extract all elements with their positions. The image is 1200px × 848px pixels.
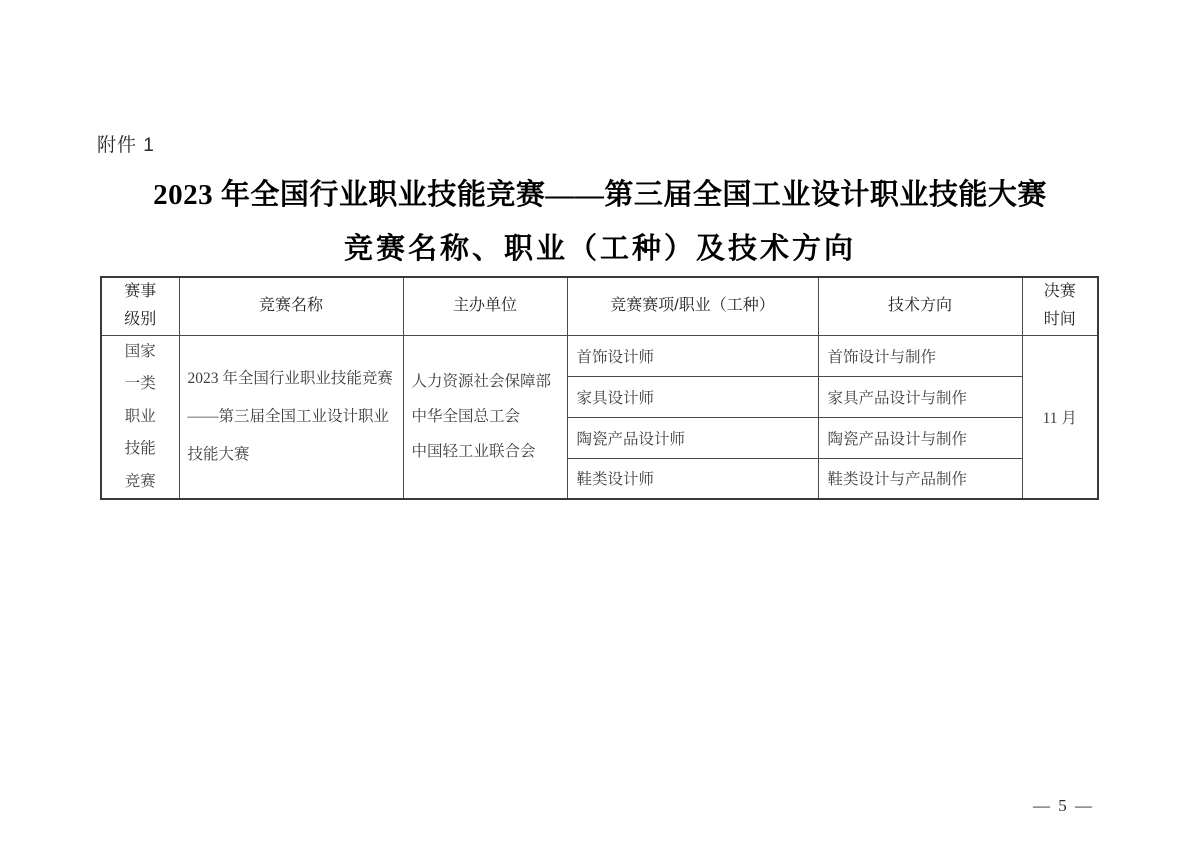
header-organizer: 主办单位 <box>403 277 567 335</box>
cell-event-level: 国家 一类 职业 技能 竞赛 <box>101 335 179 499</box>
attachment-label: 附件 1 <box>97 130 155 157</box>
document-page: 附件 1 2023 年全国行业职业技能竞赛——第三届全国工业设计职业技能大赛 竞… <box>0 0 1200 848</box>
header-competition-name: 竞赛名称 <box>179 277 403 335</box>
table-header-row: 赛事 级别 竞赛名称 主办单位 竞赛赛项/职业（工种） 技术方向 决赛 时间 <box>101 277 1098 335</box>
cell-occupation: 陶瓷产品设计师 <box>567 417 818 458</box>
cell-occupation: 家具设计师 <box>567 376 818 417</box>
cell-direction: 家具产品设计与制作 <box>818 376 1022 417</box>
header-technical-direction: 技术方向 <box>818 277 1022 335</box>
header-occupation: 竞赛赛项/职业（工种） <box>567 277 818 335</box>
cell-competition-name: 2023 年全国行业职业技能竞赛——第三届全国工业设计职业技能大赛 <box>179 335 403 499</box>
cell-direction: 鞋类设计与产品制作 <box>818 458 1022 499</box>
table-row: 国家 一类 职业 技能 竞赛 2023 年全国行业职业技能竞赛——第三届全国工业… <box>101 335 1098 376</box>
header-final-time: 决赛 时间 <box>1022 277 1098 335</box>
cell-direction: 陶瓷产品设计与制作 <box>818 417 1022 458</box>
header-event-level: 赛事 级别 <box>101 277 179 335</box>
cell-occupation: 首饰设计师 <box>567 335 818 376</box>
competition-table: 赛事 级别 竞赛名称 主办单位 竞赛赛项/职业（工种） 技术方向 决赛 时间 国… <box>100 276 1099 500</box>
title-line-2: 竞赛名称、职业（工种）及技术方向 <box>0 226 1200 267</box>
cell-final-time: 11 月 <box>1022 335 1098 499</box>
cell-organizers: 人力资源社会保障部 中华全国总工会 中国轻工业联合会 <box>403 335 567 499</box>
cell-occupation: 鞋类设计师 <box>567 458 818 499</box>
document-title: 2023 年全国行业职业技能竞赛——第三届全国工业设计职业技能大赛 竞赛名称、职… <box>0 172 1200 267</box>
title-line-1: 2023 年全国行业职业技能竞赛——第三届全国工业设计职业技能大赛 <box>0 172 1200 213</box>
page-number: — 5 — <box>1033 796 1094 816</box>
cell-direction: 首饰设计与制作 <box>818 335 1022 376</box>
